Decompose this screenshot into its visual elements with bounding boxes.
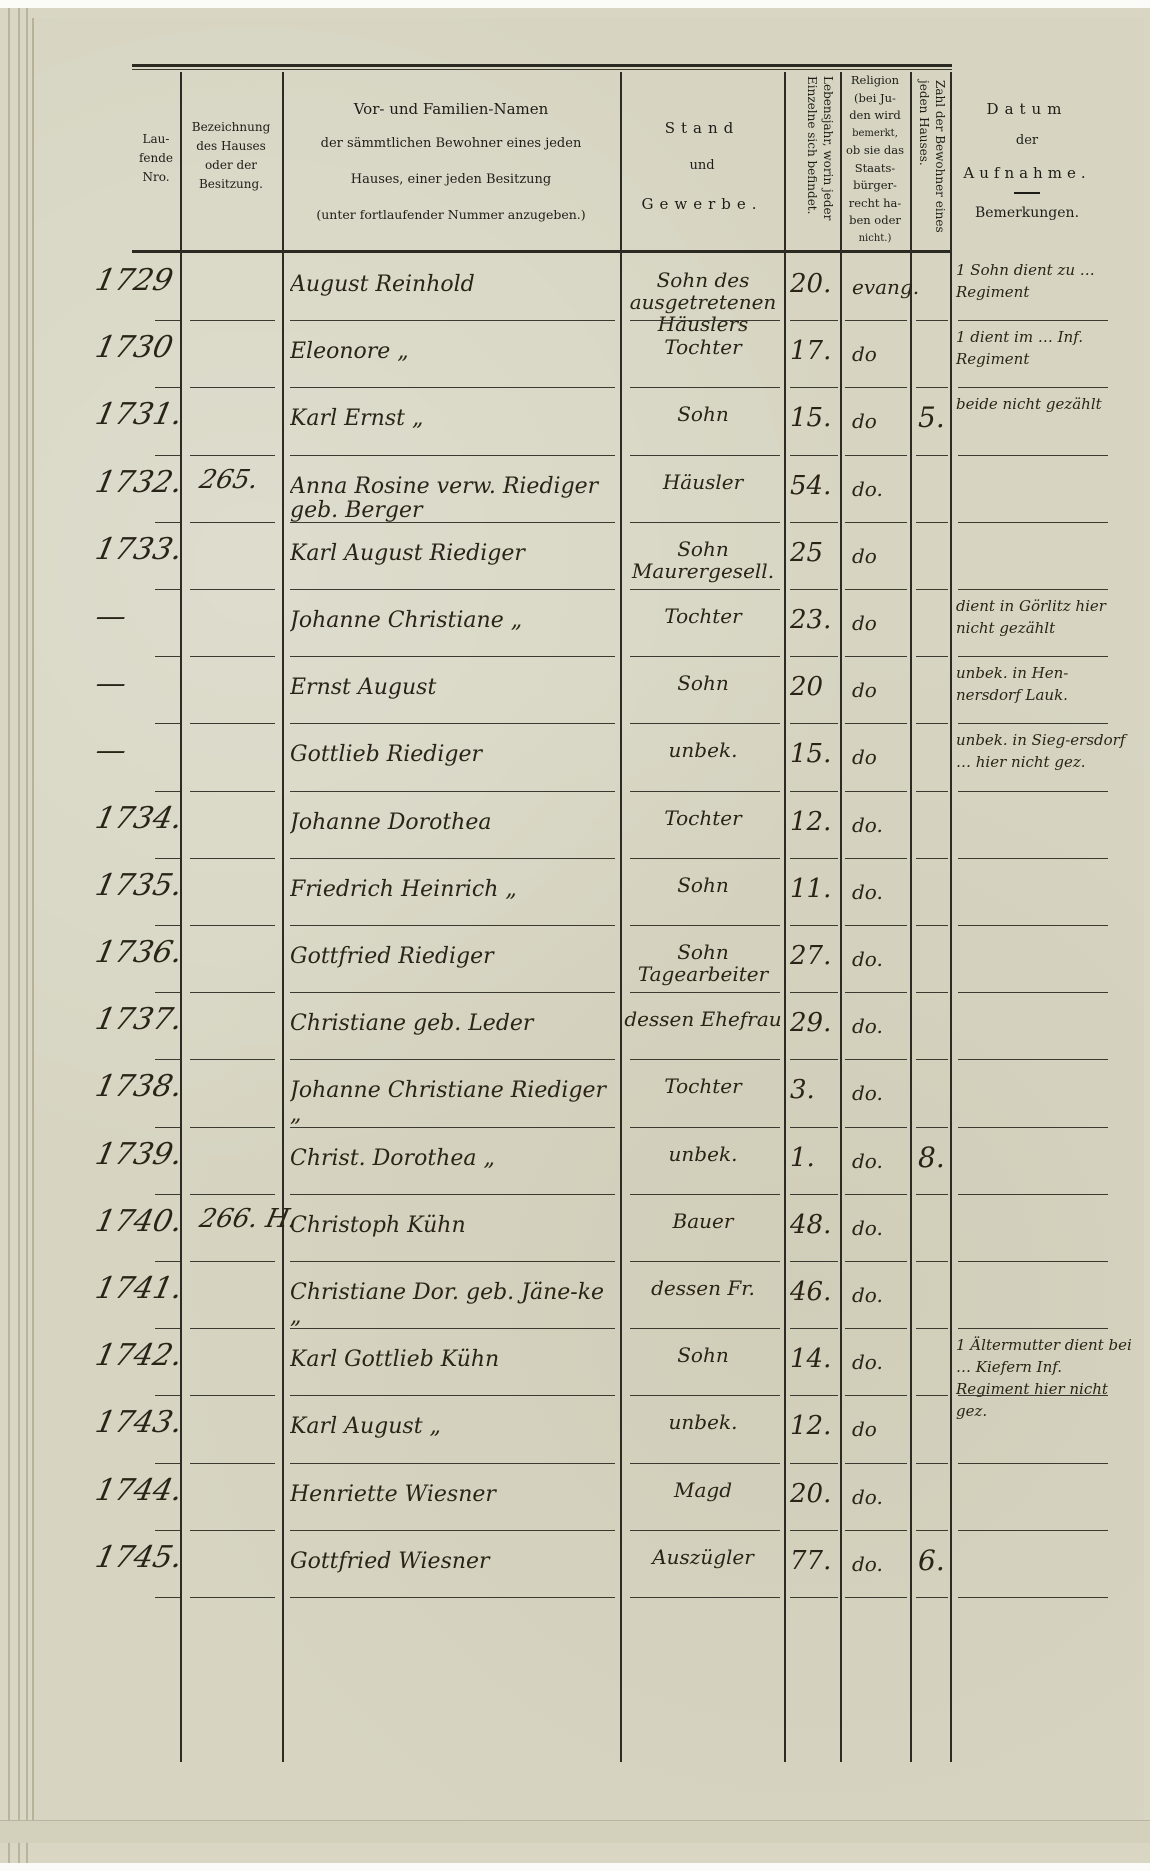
occupation: Magd xyxy=(624,1479,782,1501)
occupation: dessen Ehefrau xyxy=(624,1008,782,1030)
row-divider xyxy=(290,455,615,456)
header-text: bemerkt, xyxy=(842,125,908,143)
row-divider xyxy=(916,1194,948,1195)
row-divider xyxy=(958,925,1108,926)
header-text: Staats- xyxy=(842,160,908,178)
row-divider xyxy=(790,387,838,388)
row-divider xyxy=(790,1194,838,1195)
running-number: 1735. xyxy=(92,868,185,903)
row-divider xyxy=(155,1328,180,1329)
running-number: 1732. xyxy=(92,465,185,500)
row-divider xyxy=(790,589,838,590)
row-divider xyxy=(290,656,615,657)
row-divider xyxy=(790,791,838,792)
row-divider xyxy=(630,992,780,993)
row-divider xyxy=(790,1059,838,1060)
household-count: 8. xyxy=(918,1141,945,1174)
religion: do. xyxy=(852,1216,883,1240)
age: 29. xyxy=(790,1008,831,1038)
row-divider xyxy=(290,992,615,993)
header-date-remarks: Datum der Aufnahme. Bemerkungen. xyxy=(952,92,1102,228)
row-divider xyxy=(958,1059,1108,1060)
occupation: Bauer xyxy=(624,1210,782,1232)
row-divider xyxy=(916,1127,948,1128)
header-names: Vor- und Familien-Namen der sämmtlichen … xyxy=(284,92,618,232)
row-divider xyxy=(290,1059,615,1060)
occupation: Sohn xyxy=(624,403,782,425)
row-divider xyxy=(790,1597,838,1598)
row-divider xyxy=(845,723,907,724)
row-divider xyxy=(190,656,275,657)
religion: do xyxy=(852,745,877,769)
row-divider xyxy=(916,1328,948,1329)
row-divider xyxy=(790,1127,838,1128)
row-divider xyxy=(958,1530,1108,1531)
occupation: unbek. xyxy=(624,739,782,761)
row-divider xyxy=(916,387,948,388)
occupation: unbek. xyxy=(624,1411,782,1433)
row-divider xyxy=(630,656,780,657)
page-bottom-fold xyxy=(0,1820,1150,1843)
row-divider xyxy=(190,791,275,792)
occupation: Tochter xyxy=(624,605,782,627)
row-divider xyxy=(155,1463,180,1464)
row-divider xyxy=(190,1463,275,1464)
header-bottom-rule xyxy=(132,250,952,253)
resident-name: August Reinhold xyxy=(290,273,616,297)
row-divider xyxy=(290,723,615,724)
row-divider xyxy=(916,320,948,321)
row-divider xyxy=(190,1328,275,1329)
row-divider xyxy=(916,656,948,657)
row-divider xyxy=(630,791,780,792)
household-count: 6. xyxy=(918,1544,945,1577)
religion: do xyxy=(852,678,877,702)
age: 12. xyxy=(790,1411,831,1441)
row-divider xyxy=(155,387,180,388)
row-divider xyxy=(630,455,780,456)
row-divider xyxy=(190,1194,275,1195)
row-divider xyxy=(190,522,275,523)
header-running-number: Lau- fende Nro. xyxy=(134,130,178,187)
row-divider xyxy=(790,1463,838,1464)
header-text: den wird xyxy=(842,107,908,125)
resident-name: Christoph Kühn xyxy=(290,1214,616,1238)
row-divider xyxy=(290,1194,615,1195)
row-divider xyxy=(190,589,275,590)
running-number: 1731. xyxy=(92,397,185,432)
row-divider xyxy=(155,1530,180,1531)
resident-name: Friedrich Heinrich „ xyxy=(290,878,616,902)
row-divider xyxy=(155,522,180,523)
remark: 1 Sohn dient zu … Regiment xyxy=(956,259,1132,303)
running-number: 1730 xyxy=(92,330,176,365)
row-divider xyxy=(630,858,780,859)
row-divider xyxy=(916,1597,948,1598)
house-number: 266. H. xyxy=(197,1204,300,1234)
row-divider xyxy=(958,1328,1108,1329)
header-count: Zahl der Bewohner eines jeden Hauses. xyxy=(914,80,948,245)
occupation: Auszügler xyxy=(624,1546,782,1568)
row-divider xyxy=(290,791,615,792)
row-divider xyxy=(290,522,615,523)
row-divider xyxy=(630,1530,780,1531)
running-number: 1737. xyxy=(92,1002,185,1037)
row-divider xyxy=(630,1328,780,1329)
row-divider xyxy=(155,1059,180,1060)
age: 17. xyxy=(790,336,831,366)
row-divider xyxy=(630,387,780,388)
header-text: bürger- xyxy=(842,177,908,195)
row-divider xyxy=(630,1059,780,1060)
row-divider xyxy=(190,1127,275,1128)
row-divider xyxy=(290,1530,615,1531)
row-divider xyxy=(958,858,1108,859)
row-divider xyxy=(916,992,948,993)
header-text: Gewerbe. xyxy=(622,184,782,224)
resident-name: Christiane geb. Leder xyxy=(290,1012,616,1036)
column-divider xyxy=(950,72,952,1762)
row-divider xyxy=(845,1463,907,1464)
age: 54. xyxy=(790,471,831,501)
row-divider xyxy=(845,791,907,792)
row-divider xyxy=(845,1194,907,1195)
row-divider xyxy=(958,1261,1108,1262)
resident-name: Karl Ernst „ xyxy=(290,407,616,431)
row-divider xyxy=(958,992,1108,993)
row-divider xyxy=(958,455,1108,456)
running-number: 1736. xyxy=(92,935,185,970)
row-divider xyxy=(916,522,948,523)
row-divider xyxy=(790,858,838,859)
column-divider xyxy=(840,72,842,1762)
row-divider xyxy=(916,791,948,792)
age: 20. xyxy=(790,269,831,299)
religion: do xyxy=(852,409,877,433)
row-divider xyxy=(958,791,1108,792)
household-count: 5. xyxy=(918,401,945,434)
occupation: Häusler xyxy=(624,471,782,493)
row-divider xyxy=(790,656,838,657)
row-divider xyxy=(845,1261,907,1262)
occupation: Sohn xyxy=(624,672,782,694)
row-divider xyxy=(958,320,1108,321)
row-divider xyxy=(190,992,275,993)
row-divider xyxy=(845,522,907,523)
header-text: recht ha- xyxy=(842,195,908,213)
resident-name: Karl August Riediger xyxy=(290,542,616,566)
row-divider xyxy=(190,858,275,859)
column-divider xyxy=(282,72,284,1762)
header-text: (unter fortlaufender Nummer anzugeben.) xyxy=(284,198,618,232)
age: 1. xyxy=(790,1143,815,1173)
row-divider xyxy=(155,1597,180,1598)
row-divider xyxy=(958,1194,1108,1195)
row-divider xyxy=(630,1194,780,1195)
age: 25 xyxy=(790,538,823,568)
header-divider xyxy=(1014,192,1040,194)
row-divider xyxy=(845,320,907,321)
row-divider xyxy=(790,1328,838,1329)
resident-name: Karl Gottlieb Kühn xyxy=(290,1348,616,1372)
header-top-rule-thin xyxy=(132,69,952,70)
row-divider xyxy=(290,320,615,321)
religion: do. xyxy=(852,1283,883,1307)
resident-name: Christiane Dor. geb. Jäne-ke „ xyxy=(290,1281,616,1329)
row-divider xyxy=(916,858,948,859)
row-divider xyxy=(190,1395,275,1396)
row-divider xyxy=(845,1530,907,1531)
running-number: 1738. xyxy=(92,1069,185,1104)
row-divider xyxy=(290,858,615,859)
occupation: Tochter xyxy=(624,807,782,829)
row-divider xyxy=(845,1059,907,1060)
row-divider xyxy=(190,455,275,456)
row-divider xyxy=(845,925,907,926)
row-divider xyxy=(155,589,180,590)
age: 14. xyxy=(790,1344,831,1374)
row-divider xyxy=(190,1059,275,1060)
header-text: (bei Ju- xyxy=(842,90,908,108)
row-divider xyxy=(630,1597,780,1598)
header-text: Datum xyxy=(952,92,1102,126)
religion: do xyxy=(852,544,877,568)
remark: unbek. in Hen-nersdorf Lauk. xyxy=(956,662,1132,706)
row-divider xyxy=(790,992,838,993)
running-number: 1744. xyxy=(92,1473,185,1508)
row-divider xyxy=(630,925,780,926)
row-divider xyxy=(790,925,838,926)
row-divider xyxy=(958,656,1108,657)
resident-name: Gottfried Wiesner xyxy=(290,1550,616,1574)
row-divider xyxy=(630,320,780,321)
running-number: 1740. xyxy=(92,1204,185,1239)
resident-name: Gottfried Riediger xyxy=(290,945,616,969)
remark: 1 dient im … Inf. Regiment xyxy=(956,326,1132,370)
row-divider xyxy=(190,1261,275,1262)
religion: do. xyxy=(852,880,883,904)
row-divider xyxy=(630,589,780,590)
religion: do. xyxy=(852,1552,883,1576)
row-divider xyxy=(290,1328,615,1329)
header-text: des Hauses xyxy=(182,137,280,156)
row-divider xyxy=(630,522,780,523)
row-divider xyxy=(916,1395,948,1396)
row-divider xyxy=(290,387,615,388)
row-divider xyxy=(845,455,907,456)
row-divider xyxy=(958,1395,1108,1396)
row-divider xyxy=(958,1127,1108,1128)
age: 77. xyxy=(790,1546,831,1576)
running-number: 1741. xyxy=(92,1271,185,1306)
row-divider xyxy=(630,1127,780,1128)
religion: do xyxy=(852,1417,877,1441)
running-number: 1733. xyxy=(92,532,185,567)
resident-name: Henriette Wiesner xyxy=(290,1483,616,1507)
religion: do. xyxy=(852,947,883,971)
header-text: Hauses, einer jeden Besitzung xyxy=(284,162,618,198)
header-house: Bezeichnung des Hauses oder der Besitzun… xyxy=(182,118,280,194)
column-divider xyxy=(620,72,622,1762)
row-divider xyxy=(958,1597,1108,1598)
header-religion: Religion (bei Ju- den wird bemerkt, ob s… xyxy=(842,72,908,247)
age: 46. xyxy=(790,1277,831,1307)
age: 48. xyxy=(790,1210,831,1240)
religion: do. xyxy=(852,1485,883,1509)
age: 15. xyxy=(790,403,831,433)
age: 12. xyxy=(790,807,831,837)
house-number: 265. xyxy=(197,465,261,495)
row-divider xyxy=(190,925,275,926)
row-divider xyxy=(190,723,275,724)
religion: do. xyxy=(852,477,883,501)
row-divider xyxy=(630,1261,780,1262)
row-divider xyxy=(916,589,948,590)
religion: do. xyxy=(852,1014,883,1038)
row-divider xyxy=(155,1194,180,1195)
row-divider xyxy=(155,455,180,456)
occupation: Sohn des ausgetretenen Häuslers xyxy=(624,269,782,335)
age: 27. xyxy=(790,941,831,971)
row-divider xyxy=(845,1328,907,1329)
header-text: Bezeichnung xyxy=(182,118,280,137)
header-text: der sämmtlichen Bewohner eines jeden xyxy=(284,126,618,162)
header-text: Aufnahme. xyxy=(952,156,1102,190)
page-edge xyxy=(8,8,10,1863)
religion: do. xyxy=(852,1350,883,1374)
occupation: dessen Fr. xyxy=(624,1277,782,1299)
row-divider xyxy=(155,1261,180,1262)
row-divider xyxy=(155,791,180,792)
header-text: ob sie das xyxy=(842,142,908,160)
page-edge xyxy=(18,8,20,1863)
occupation: Sohn xyxy=(624,874,782,896)
row-divider xyxy=(958,522,1108,523)
header-text: Stand xyxy=(622,108,782,148)
row-divider xyxy=(290,1463,615,1464)
header-text: Bemerkungen. xyxy=(952,198,1102,228)
row-divider xyxy=(845,992,907,993)
column-divider xyxy=(910,72,912,1762)
resident-name: Eleonore „ xyxy=(290,340,616,364)
religion: evang. xyxy=(852,275,919,299)
row-divider xyxy=(916,925,948,926)
row-divider xyxy=(630,723,780,724)
row-divider xyxy=(290,1597,615,1598)
resident-name: Karl August „ xyxy=(290,1415,616,1439)
header-text: nicht.) xyxy=(842,230,908,248)
running-number: 1739. xyxy=(92,1137,185,1172)
row-divider xyxy=(845,1127,907,1128)
age: 20 xyxy=(790,672,823,702)
row-divider xyxy=(155,992,180,993)
column-divider xyxy=(180,72,182,1762)
header-text: fende xyxy=(134,149,178,168)
resident-name: Ernst August xyxy=(290,676,616,700)
row-divider xyxy=(155,723,180,724)
resident-name: Johanne Christiane „ xyxy=(290,609,616,633)
header-title: Vor- und Familien-Namen xyxy=(284,92,618,126)
header-text: Nro. xyxy=(134,168,178,187)
page-edge xyxy=(26,8,28,1863)
religion: do. xyxy=(852,1149,883,1173)
row-divider xyxy=(290,1261,615,1262)
row-divider xyxy=(916,1463,948,1464)
header-text: und xyxy=(622,148,782,184)
row-divider xyxy=(845,589,907,590)
row-divider xyxy=(958,387,1108,388)
row-divider xyxy=(790,1395,838,1396)
occupation: Tochter xyxy=(624,336,782,358)
row-divider xyxy=(155,656,180,657)
running-number: 1743. xyxy=(92,1405,185,1440)
row-divider xyxy=(916,1261,948,1262)
row-divider xyxy=(958,589,1108,590)
header-text: Besitzung. xyxy=(182,175,280,194)
running-number: 1745. xyxy=(92,1540,185,1575)
header-text: Religion xyxy=(842,72,908,90)
row-divider xyxy=(916,1059,948,1060)
row-divider xyxy=(958,1463,1108,1464)
row-divider xyxy=(155,925,180,926)
remark: 1 Ältermutter dient bei … Kiefern Inf. R… xyxy=(956,1334,1132,1422)
column-divider xyxy=(784,72,786,1762)
age: 23. xyxy=(790,605,831,635)
row-divider xyxy=(290,925,615,926)
header-text: der xyxy=(952,126,1102,156)
row-divider xyxy=(790,522,838,523)
row-divider xyxy=(190,320,275,321)
resident-name: Anna Rosine verw. Riediger geb. Berger xyxy=(290,475,616,523)
age: 20. xyxy=(790,1479,831,1509)
row-divider xyxy=(916,455,948,456)
row-divider xyxy=(155,1395,180,1396)
occupation: unbek. xyxy=(624,1143,782,1165)
row-divider xyxy=(790,1261,838,1262)
running-number: 1729 xyxy=(92,263,176,298)
resident-name: Christ. Dorothea „ xyxy=(290,1147,616,1171)
religion: do xyxy=(852,342,877,366)
age: 15. xyxy=(790,739,831,769)
remark: unbek. in Sieg-ersdorf … hier nicht gez. xyxy=(956,729,1132,773)
occupation: Sohn xyxy=(624,1344,782,1366)
row-divider xyxy=(958,723,1108,724)
remark: dient in Görlitz hier nicht gezählt xyxy=(956,595,1132,639)
row-divider xyxy=(290,589,615,590)
resident-name: Johanne Christiane Riediger „ xyxy=(290,1079,616,1127)
religion: do. xyxy=(852,1081,883,1105)
header-top-rule xyxy=(132,64,952,67)
header-status: Stand und Gewerbe. xyxy=(622,108,782,224)
running-number: 1742. xyxy=(92,1338,185,1373)
age: 11. xyxy=(790,874,831,904)
row-divider xyxy=(845,387,907,388)
religion: do. xyxy=(852,813,883,837)
header-text: ben oder xyxy=(842,212,908,230)
row-divider xyxy=(190,1530,275,1531)
occupation: Sohn Maurergesell. xyxy=(624,538,782,582)
row-divider xyxy=(845,1395,907,1396)
header-text: oder der xyxy=(182,156,280,175)
row-divider xyxy=(190,1597,275,1598)
row-divider xyxy=(630,1463,780,1464)
row-divider xyxy=(790,723,838,724)
remark: beide nicht gezählt xyxy=(956,393,1132,415)
row-divider xyxy=(155,858,180,859)
row-divider xyxy=(630,1395,780,1396)
row-divider xyxy=(790,455,838,456)
row-divider xyxy=(190,387,275,388)
